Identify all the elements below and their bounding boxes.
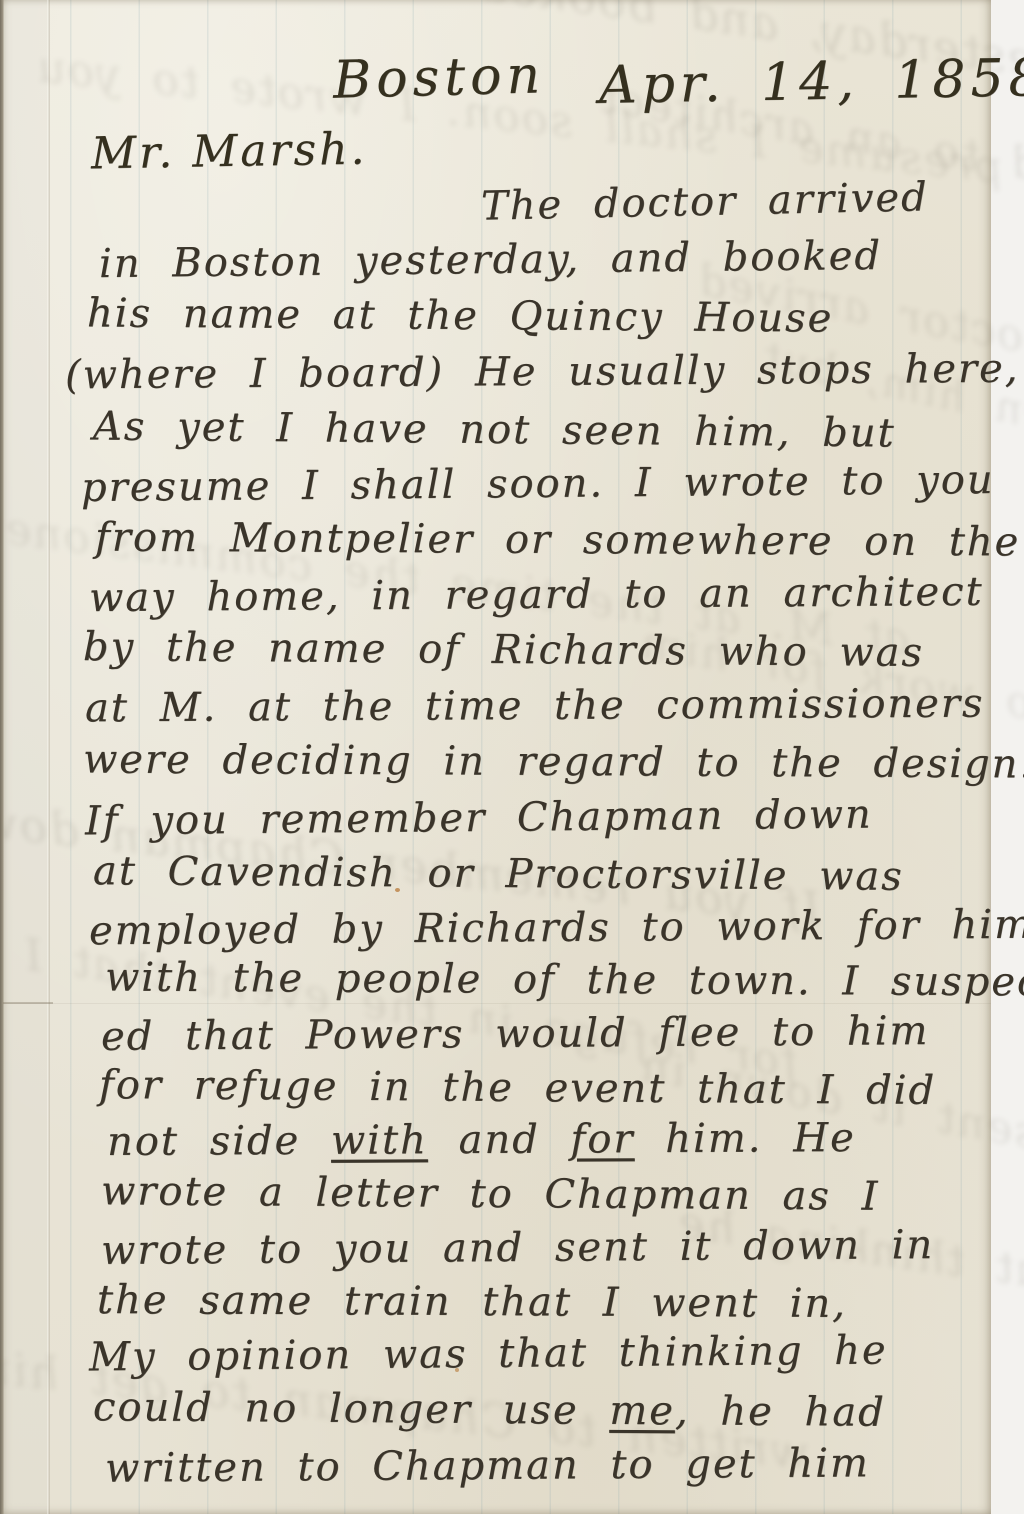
letter-line: way home, in regard to an architect bbox=[89, 572, 984, 618]
line-text: at M. at the time the commissioners bbox=[85, 681, 985, 732]
letter-line: could no longer use me, he had bbox=[93, 1387, 886, 1433]
heading-place: Boston bbox=[332, 49, 545, 107]
letter-line: wrote to you and sent it down in bbox=[101, 1225, 934, 1271]
letter-line: My opinion was that thinking he bbox=[89, 1331, 888, 1378]
letter-line: As yet I have not seen him, but bbox=[93, 406, 896, 453]
underlined-word: me bbox=[609, 1388, 675, 1434]
line-text: not side bbox=[107, 1118, 331, 1165]
underlined-word: for bbox=[570, 1116, 634, 1162]
letter-line: the same train that I went in, bbox=[97, 1280, 847, 1324]
line-text: As yet I have not seen him, but bbox=[93, 403, 896, 456]
line-text: If you remember Chapman down bbox=[85, 792, 873, 845]
line-text: for refuge in the event that I did bbox=[99, 1062, 936, 1114]
line-text: employed by Richards to work for him bbox=[89, 902, 1024, 955]
line-text: wrote a letter to Chapman as I bbox=[101, 1168, 880, 1219]
line-text: My opinion was that thinking he bbox=[89, 1328, 888, 1381]
line-text: (where I board) He usually stops here, bbox=[65, 346, 1020, 399]
vertical-fold-crease bbox=[47, 0, 50, 1514]
line-text: way home, in regard to an architect bbox=[89, 569, 984, 621]
left-fold-region bbox=[3, 0, 47, 1514]
letter-line: presume I shall soon. I wrote to you bbox=[81, 460, 995, 508]
letter-line: (where I board) He usually stops here, bbox=[65, 349, 1020, 396]
horizontal-crease-left bbox=[3, 1002, 53, 1004]
line-text: with the people of the town. I suspect bbox=[105, 955, 1024, 1006]
letter-line: at Cavendish or Proctorsville was bbox=[93, 851, 904, 897]
line-text: wrote to you and sent it down in bbox=[101, 1222, 934, 1274]
line-text: presume I shall soon. I wrote to you bbox=[81, 457, 995, 511]
letter-line: were deciding in regard to the design. bbox=[83, 740, 1024, 785]
letter-line: with the people of the town. I suspect bbox=[105, 958, 1024, 1003]
page-left-edge bbox=[0, 0, 4, 1514]
line-text: and bbox=[428, 1117, 571, 1164]
letter-line: at M. at the time the commissioners bbox=[85, 684, 985, 729]
line-text: in Boston yesterday, and booked bbox=[99, 233, 882, 287]
line-text: written to Chapman to get him bbox=[105, 1440, 870, 1491]
letter-line: employed by Richards to work for him bbox=[89, 905, 1024, 952]
letter-line: his name at the Quincy House bbox=[87, 293, 834, 338]
line-text: by the name of Richards who was bbox=[83, 624, 924, 676]
letter-line: written to Chapman to get him bbox=[105, 1443, 870, 1488]
letter-line: The doctor arrived bbox=[481, 177, 929, 226]
letter-line: not side with and for him. He bbox=[107, 1118, 856, 1162]
line-text: from Montpelier or somewhere on the bbox=[95, 515, 1021, 566]
letter-line: in Boston yesterday, and booked bbox=[99, 236, 882, 284]
line-text: the same train that I went in, bbox=[97, 1277, 847, 1327]
letter-line: for refuge in the event that I did bbox=[99, 1065, 936, 1111]
line-text: him. He bbox=[634, 1115, 855, 1162]
letter-line: If you remember Chapman down bbox=[85, 795, 873, 842]
line-text: at Cavendish or Proctorsville was bbox=[93, 848, 904, 900]
line-text: , he had bbox=[675, 1388, 886, 1435]
salutation: Mr. Marsh. bbox=[91, 128, 368, 177]
heading-date: Apr. 14, 1858 bbox=[599, 52, 1024, 112]
letter-line: wrote a letter to Chapman as I bbox=[101, 1171, 880, 1216]
line-text: could no longer use bbox=[93, 1384, 610, 1434]
line-text: The doctor arrived bbox=[481, 174, 930, 229]
letter-line: from Montpelier or somewhere on the bbox=[95, 518, 1020, 563]
underlined-word: with bbox=[331, 1117, 428, 1164]
scanned-letter-page: in Boston yesterday, and bookedpresume I… bbox=[0, 0, 1024, 1514]
line-text: were deciding in regard to the design. bbox=[83, 737, 1024, 788]
line-text: his name at the Quincy House bbox=[87, 290, 834, 341]
letter-line: ed that Powers would flee to him bbox=[101, 1011, 930, 1057]
letter-line: by the name of Richards who was bbox=[83, 627, 924, 673]
letter-paper: in Boston yesterday, and bookedpresume I… bbox=[3, 0, 991, 1514]
line-text: ed that Powers would flee to him bbox=[101, 1008, 930, 1060]
